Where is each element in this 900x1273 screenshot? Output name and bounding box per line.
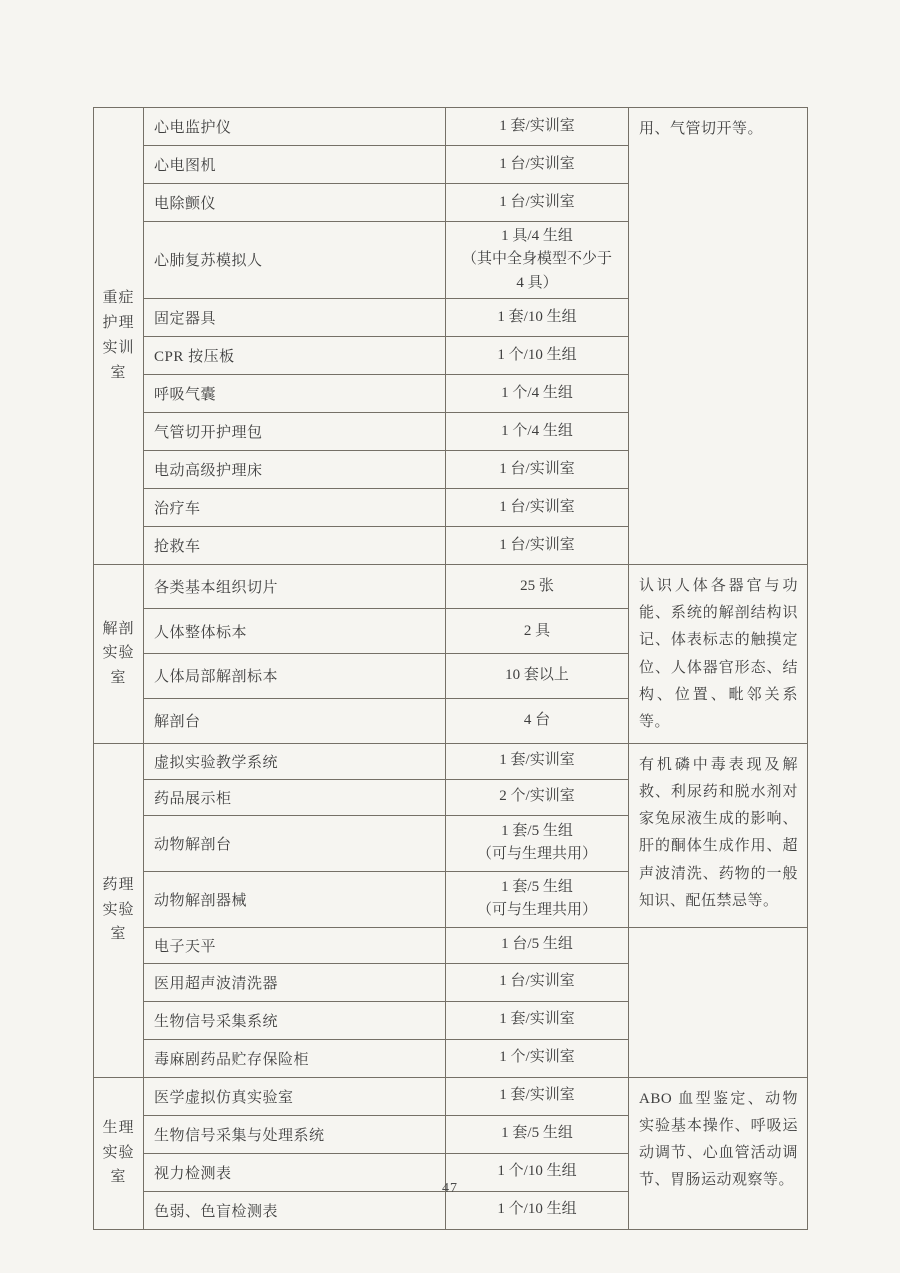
equipment-quantity: 1 个/4 生组 bbox=[446, 412, 629, 450]
equipment-name: 心肺复苏模拟人 bbox=[144, 222, 446, 299]
equipment-quantity: 1 套/实训室 bbox=[446, 1001, 629, 1039]
equipment-name: 心电图机 bbox=[144, 146, 446, 184]
equipment-name: 动物解剖器械 bbox=[144, 871, 446, 927]
room-label: 生理 实验 室 bbox=[94, 1077, 144, 1229]
equipment-name: 电除颤仪 bbox=[144, 184, 446, 222]
equipment-quantity: 25 张 bbox=[446, 564, 629, 609]
equipment-quantity: 2 具 bbox=[446, 609, 629, 654]
table-row: 电子天平 1 台/5 生组 bbox=[94, 927, 808, 963]
equipment-name: 动物解剖台 bbox=[144, 815, 446, 871]
equipment-quantity: 1 套/10 生组 bbox=[446, 298, 629, 336]
notes-cell: 有机磷中毒表现及解救、利尿药和脱水剂对家兔尿液生成的影响、肝的酮体生成作用、超声… bbox=[629, 743, 808, 927]
notes-cell: 认识人体各器官与功能、系统的解剖结构识记、体表标志的触摸定位、人体器官形态、结构… bbox=[629, 564, 808, 743]
equipment-quantity: 1 个/10 生组 bbox=[446, 336, 629, 374]
equipment-quantity: 1 台/实训室 bbox=[446, 184, 629, 222]
equipment-quantity: 1 台/实训室 bbox=[446, 146, 629, 184]
equipment-name: CPR 按压板 bbox=[144, 336, 446, 374]
equipment-quantity: 10 套以上 bbox=[446, 654, 629, 699]
equipment-quantity: 1 台/实训室 bbox=[446, 963, 629, 1001]
equipment-quantity: 1 个/实训室 bbox=[446, 1039, 629, 1077]
equipment-name: 医学虚拟仿真实验室 bbox=[144, 1077, 446, 1115]
table-row: 重症 护理 实训 室 心电监护仪 1 套/实训室 用、气管切开等。 bbox=[94, 108, 808, 146]
equipment-name: 虚拟实验教学系统 bbox=[144, 743, 446, 779]
room-label: 解剖 实验 室 bbox=[94, 564, 144, 743]
equipment-quantity: 1 套/5 生组 （可与生理共用） bbox=[446, 815, 629, 871]
equipment-name: 气管切开护理包 bbox=[144, 412, 446, 450]
room-label: 药理 实验 室 bbox=[94, 743, 144, 1077]
equipment-name: 人体整体标本 bbox=[144, 609, 446, 654]
equipment-quantity: 1 台/实训室 bbox=[446, 488, 629, 526]
equipment-name: 固定器具 bbox=[144, 298, 446, 336]
equipment-quantity: 1 套/实训室 bbox=[446, 1077, 629, 1115]
equipment-name: 心电监护仪 bbox=[144, 108, 446, 146]
equipment-quantity: 4 台 bbox=[446, 698, 629, 743]
equipment-name: 各类基本组织切片 bbox=[144, 564, 446, 609]
room-label: 重症 护理 实训 室 bbox=[94, 108, 144, 565]
equipment-name: 呼吸气囊 bbox=[144, 374, 446, 412]
equipment-name: 治疗车 bbox=[144, 488, 446, 526]
equipment-quantity: 1 台/实训室 bbox=[446, 526, 629, 564]
equipment-quantity: 1 套/实训室 bbox=[446, 108, 629, 146]
page-number: 47 bbox=[0, 1181, 900, 1197]
equipment-quantity: 1 套/5 生组 （可与生理共用） bbox=[446, 871, 629, 927]
equipment-name: 电动高级护理床 bbox=[144, 450, 446, 488]
equipment-quantity: 1 具/4 生组 （其中全身模型不少于 4 具） bbox=[446, 222, 629, 299]
table-row: 生理 实验 室 医学虚拟仿真实验室 1 套/实训室 ABO 血型鉴定、动物实验基… bbox=[94, 1077, 808, 1115]
equipment-name: 生物信号采集系统 bbox=[144, 1001, 446, 1039]
notes-cell: 用、气管切开等。 bbox=[629, 108, 808, 565]
table-row: 解剖 实验 室 各类基本组织切片 25 张 认识人体各器官与功能、系统的解剖结构… bbox=[94, 564, 808, 609]
equipment-quantity: 1 台/实训室 bbox=[446, 450, 629, 488]
equipment-quantity: 1 套/5 生组 bbox=[446, 1115, 629, 1153]
equipment-table: 重症 护理 实训 室 心电监护仪 1 套/实训室 用、气管切开等。 心电图机 1… bbox=[93, 107, 808, 1230]
equipment-name: 医用超声波清洗器 bbox=[144, 963, 446, 1001]
equipment-quantity: 1 个/4 生组 bbox=[446, 374, 629, 412]
equipment-name: 抢救车 bbox=[144, 526, 446, 564]
equipment-name: 人体局部解剖标本 bbox=[144, 654, 446, 699]
document-page: { "page": { "number": "47" }, "table": {… bbox=[0, 0, 900, 1273]
equipment-name: 毒麻剧药品贮存保险柜 bbox=[144, 1039, 446, 1077]
table-row: 药理 实验 室 虚拟实验教学系统 1 套/实训室 有机磷中毒表现及解救、利尿药和… bbox=[94, 743, 808, 779]
notes-cell-empty bbox=[629, 927, 808, 1077]
equipment-name: 电子天平 bbox=[144, 927, 446, 963]
equipment-name: 生物信号采集与处理系统 bbox=[144, 1115, 446, 1153]
equipment-name: 解剖台 bbox=[144, 698, 446, 743]
equipment-quantity: 1 台/5 生组 bbox=[446, 927, 629, 963]
equipment-quantity: 1 套/实训室 bbox=[446, 743, 629, 779]
notes-cell: ABO 血型鉴定、动物实验基本操作、呼吸运动调节、心血管活动调节、胃肠运动观察等… bbox=[629, 1077, 808, 1229]
equipment-name: 药品展示柜 bbox=[144, 779, 446, 815]
equipment-quantity: 2 个/实训室 bbox=[446, 779, 629, 815]
